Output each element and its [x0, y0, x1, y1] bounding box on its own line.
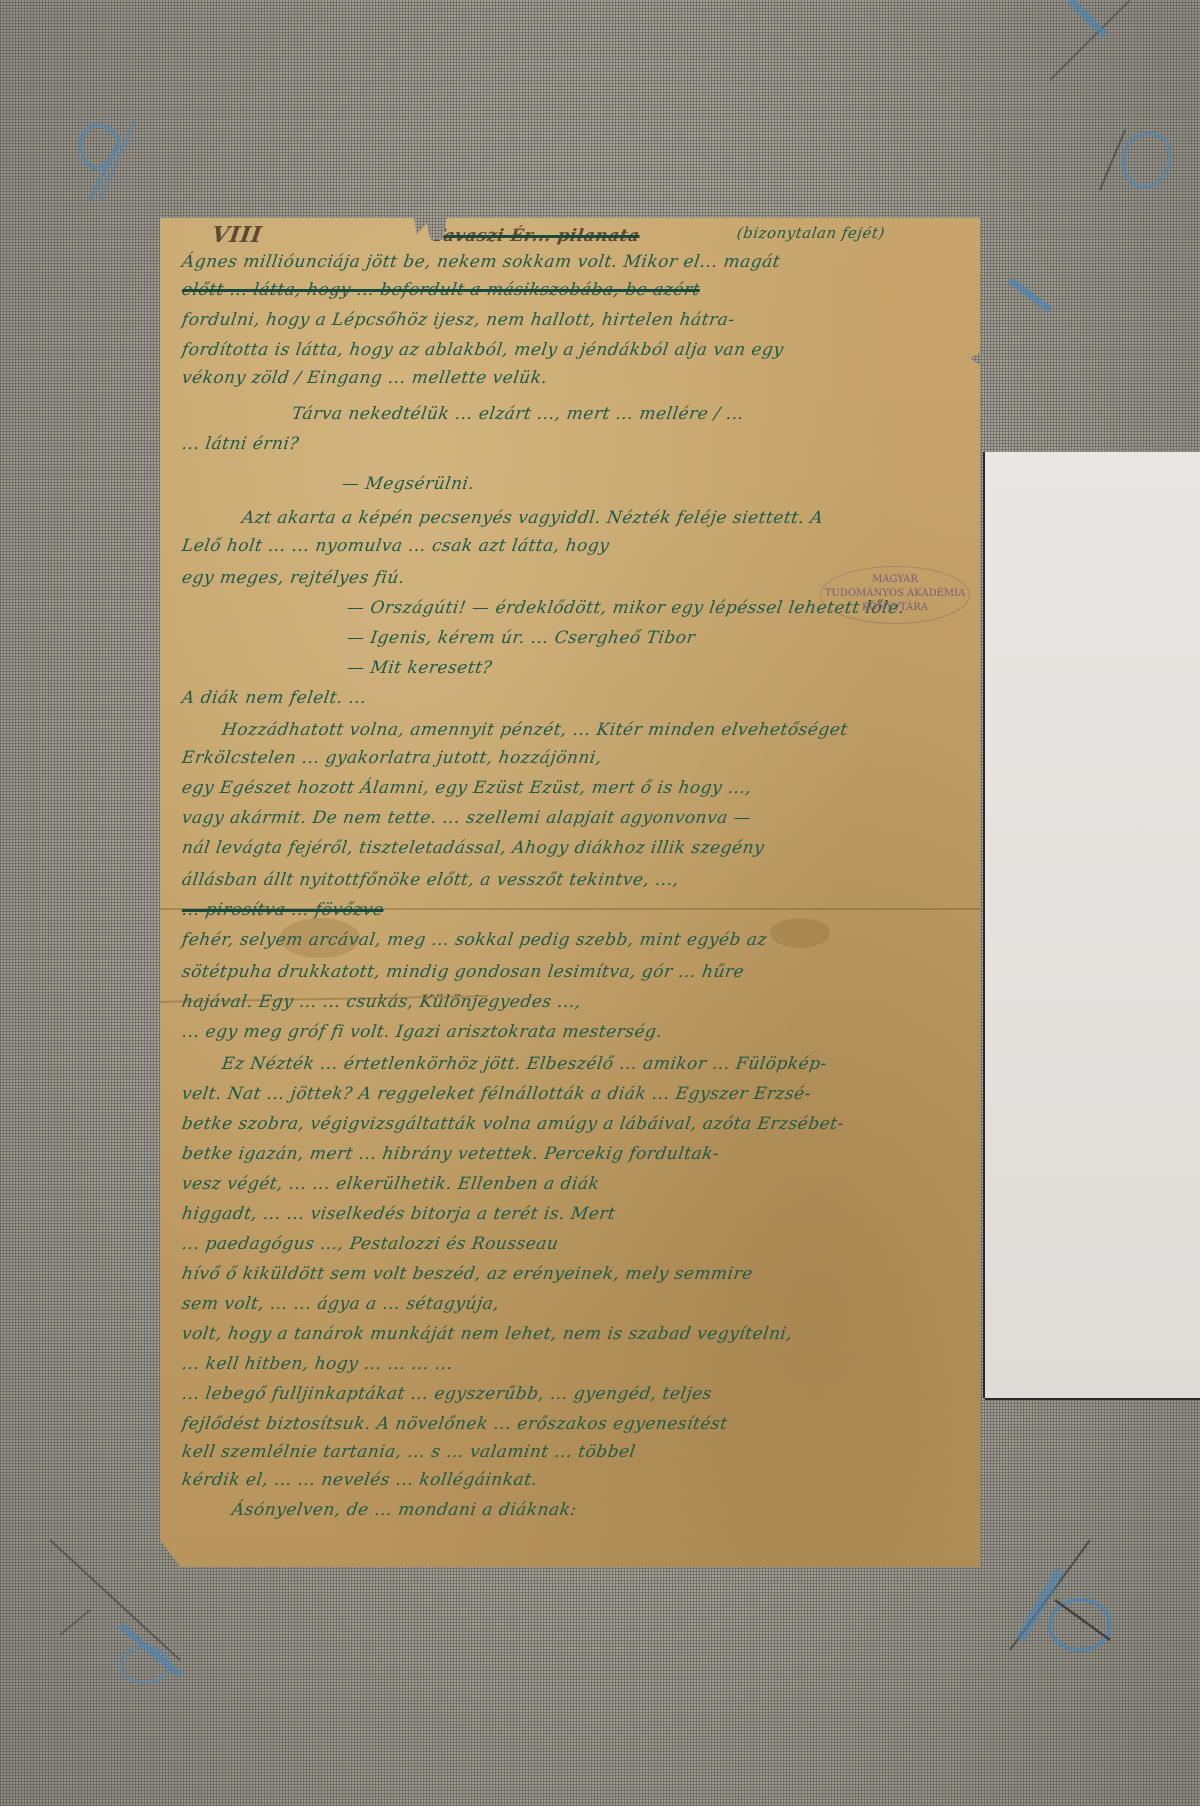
- corner-mark-top-right: [1010, 0, 1200, 310]
- manuscript-line: sötétpuha drukkatott, mindig gondosan le…: [181, 962, 746, 982]
- paper-stain: [770, 918, 830, 948]
- manuscript-line: nál levágta fejéről, tiszteletadással, A…: [181, 838, 766, 858]
- manuscript-line: betke igazán, mert ... hibrány vetettek.…: [181, 1144, 721, 1164]
- manuscript-line: Ágnes millióunciája jött be, nekem sokka…: [181, 252, 782, 272]
- heading-note: (bizonytalan fejét): [736, 224, 886, 242]
- manuscript-line: előtt ... látta, hogy ... befordult a má…: [181, 280, 702, 300]
- manuscript-line: fordulni, hogy a Lépcsőhöz ijesz, nem ha…: [181, 310, 736, 330]
- pencil-number-icon: [1010, 0, 1200, 310]
- stamp-line-2: TUDOMÁNYOS AKADÉMIA: [821, 587, 969, 601]
- manuscript-line: A diák nem felelt. ...: [181, 688, 368, 708]
- manuscript-line: ... paedagógus ..., Pestalozzi és Rousse…: [181, 1234, 560, 1254]
- manuscript-line: fehér, selyem arcával, meg ... sokkal pe…: [181, 930, 769, 950]
- manuscript-line: Ásónyelven, de ... mondani a diáknak:: [231, 1500, 578, 1520]
- page-number-pencil: VIII: [210, 222, 264, 248]
- corner-mark-top-left: [60, 100, 150, 210]
- manuscript-line: Erkölcstelen ... gyakorlatra jutott, hoz…: [181, 748, 604, 768]
- manuscript-line: Azt akarta a képén pecsenyés vagyiddl. N…: [241, 508, 825, 528]
- stamp-line-3: KÖNYVTÁRA: [821, 601, 969, 615]
- manuscript-line: Tárva nekedtélük ... elzárt ..., mert ..…: [291, 404, 746, 424]
- library-stamp: MAGYAR TUDOMÁNYOS AKADÉMIA KÖNYVTÁRA: [820, 566, 970, 624]
- manuscript-line: kell szemlélnie tartania, ... s ... vala…: [181, 1442, 637, 1462]
- manuscript-line: egy meges, rejtélyes fiú.: [181, 568, 407, 588]
- manuscript-line: állásban állt nyitottfőnöke előtt, a ves…: [181, 870, 681, 890]
- manuscript-line: volt, hogy a tanárok munkáját nem lehet,…: [181, 1324, 794, 1344]
- manuscript-line: kérdik el, ... ... nevelés ... kollégáin…: [181, 1470, 539, 1490]
- manuscript-line: ... pirosítva ... fövőzve: [181, 900, 385, 920]
- manuscript-page: VIII Tavaszi Ér... pilanata (bizonytalan…: [160, 218, 980, 1567]
- manuscript-line: betke szobra, végigvizsgáltatták volna a…: [181, 1114, 846, 1134]
- manuscript-line: ... látni érni?: [181, 434, 301, 454]
- heading-crossed-out: Tavaszi Ér... pilanata: [431, 226, 641, 246]
- white-reference-card: [985, 452, 1200, 1398]
- pencil-number-icon: [60, 100, 150, 210]
- manuscript-line: ... lebegő fulljinkaptákat ... egyszerűb…: [181, 1384, 714, 1404]
- manuscript-line: — Mit keresett?: [346, 658, 494, 678]
- manuscript-line: higgadt, ... ... viselkedés bitorja a te…: [181, 1204, 617, 1224]
- manuscript-line: fordította is látta, hogy az ablakból, m…: [181, 340, 785, 360]
- manuscript-line: Hozzádhatott volna, amennyit pénzét, ...…: [221, 720, 849, 740]
- manuscript-line: fejlődést biztosítsuk. A növelőnek ... e…: [181, 1414, 729, 1434]
- stamp-line-1: MAGYAR: [821, 573, 969, 587]
- manuscript-line: hívő ő kiküldött sem volt beszéd, az eré…: [181, 1264, 755, 1284]
- manuscript-line: hajával. Egy ... ... csukás, Különjegyed…: [181, 992, 583, 1012]
- manuscript-line: egy Egészet hozott Álamni, egy Ezüst Ezü…: [181, 778, 754, 798]
- manuscript-line: vesz végét, ... ... elkerülhetik. Ellenb…: [181, 1174, 601, 1194]
- manuscript-line: sem volt, ... ... ágya a ... sétagyúja,: [181, 1294, 501, 1314]
- manuscript-line: vékony zöld / Eingang ... mellette velük…: [181, 368, 549, 388]
- corner-mark-bottom-right: [1000, 1540, 1160, 1690]
- manuscript-line: Lelő holt ... ... nyomulva ... csak azt …: [181, 536, 611, 556]
- manuscript-line: Ez Nézték ... értetlenkörhöz jött. Elbes…: [221, 1054, 829, 1074]
- manuscript-line: ... egy meg gróf fi volt. Igazi arisztok…: [181, 1022, 664, 1042]
- manuscript-line: ... kell hitben, hogy ... ... ... ...: [181, 1354, 455, 1374]
- manuscript-line: velt. Nat ... jöttek? A reggeleket félná…: [181, 1084, 813, 1104]
- manuscript-line: vagy akármit. De nem tette. ... szellemi…: [181, 808, 753, 828]
- pencil-number-icon: [1000, 1540, 1160, 1690]
- manuscript-line: — Igenis, kérem úr. ... Csergheő Tibor: [346, 628, 697, 648]
- manuscript-line: — Megsérülni.: [341, 474, 476, 494]
